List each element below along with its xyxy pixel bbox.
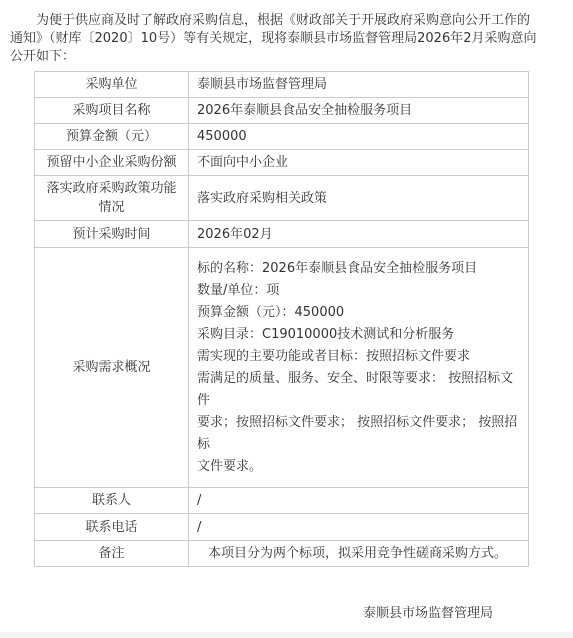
row-label: 联系电话: [35, 514, 189, 541]
row-value: /: [189, 514, 529, 541]
bottom-strip-divider: [0, 632, 573, 638]
table-row-budget-amount: 预算金额（元） 450000: [35, 124, 529, 150]
row-value: 本项目分为两个标项，拟采用竞争性磋商采购方式。: [189, 541, 529, 567]
row-value: 450000: [189, 124, 529, 150]
table-row-purchasing-unit: 采购单位 泰顺县市场监督管理局: [35, 72, 529, 98]
row-label: 预算金额（元）: [35, 124, 189, 150]
table-row-policy-implementation: 落实政府采购政策功能情况 落实政府采购相关政策: [35, 176, 529, 221]
intro-paragraph: 为便于供应商及时了解政府采购信息，根据《财政部关于开展政府采购意向公开工作的 通…: [10, 12, 563, 66]
row-value: 标的名称：2026年泰顺县食品安全抽检服务项目 数量/单位：项 预算金额（元）：…: [189, 248, 529, 488]
row-value: 泰顺县市场监督管理局: [189, 72, 529, 98]
row-value: 不面向中小企业: [189, 150, 529, 176]
row-label: 联系人: [35, 488, 189, 514]
footer-signature: 泰顺县市场监督管理局: [10, 607, 563, 621]
row-label: 采购项目名称: [35, 98, 189, 124]
row-value: 落实政府采购相关政策: [189, 176, 529, 221]
table-row-expected-time: 预计采购时间 2026年02月: [35, 221, 529, 248]
procurement-table: 采购单位 泰顺县市场监督管理局 采购项目名称 2026年泰顺县食品安全抽检服务项…: [34, 71, 529, 567]
table-row-remarks: 备注 本项目分为两个标项，拟采用竞争性磋商采购方式。: [35, 541, 529, 567]
row-label: 预计采购时间: [35, 221, 189, 248]
row-label: 预留中小企业采购份额: [35, 150, 189, 176]
procurement-notice-page: 为便于供应商及时了解政府采购信息，根据《财政部关于开展政府采购意向公开工作的 通…: [0, 0, 573, 621]
table-row-contact-phone: 联系电话 /: [35, 514, 529, 541]
row-value: 2026年02月: [189, 221, 529, 248]
row-value: /: [189, 488, 529, 514]
table-row-demand-summary: 采购需求概况 标的名称：2026年泰顺县食品安全抽检服务项目 数量/单位：项 预…: [35, 248, 529, 488]
row-value: 2026年泰顺县食品安全抽检服务项目: [189, 98, 529, 124]
row-label: 采购需求概况: [35, 248, 189, 488]
table-row-sme-share: 预留中小企业采购份额 不面向中小企业: [35, 150, 529, 176]
table-row-project-name: 采购项目名称 2026年泰顺县食品安全抽检服务项目: [35, 98, 529, 124]
row-label: 采购单位: [35, 72, 189, 98]
row-label: 备注: [35, 541, 189, 567]
row-label: 落实政府采购政策功能情况: [35, 176, 189, 221]
table-row-contact-person: 联系人 /: [35, 488, 529, 514]
